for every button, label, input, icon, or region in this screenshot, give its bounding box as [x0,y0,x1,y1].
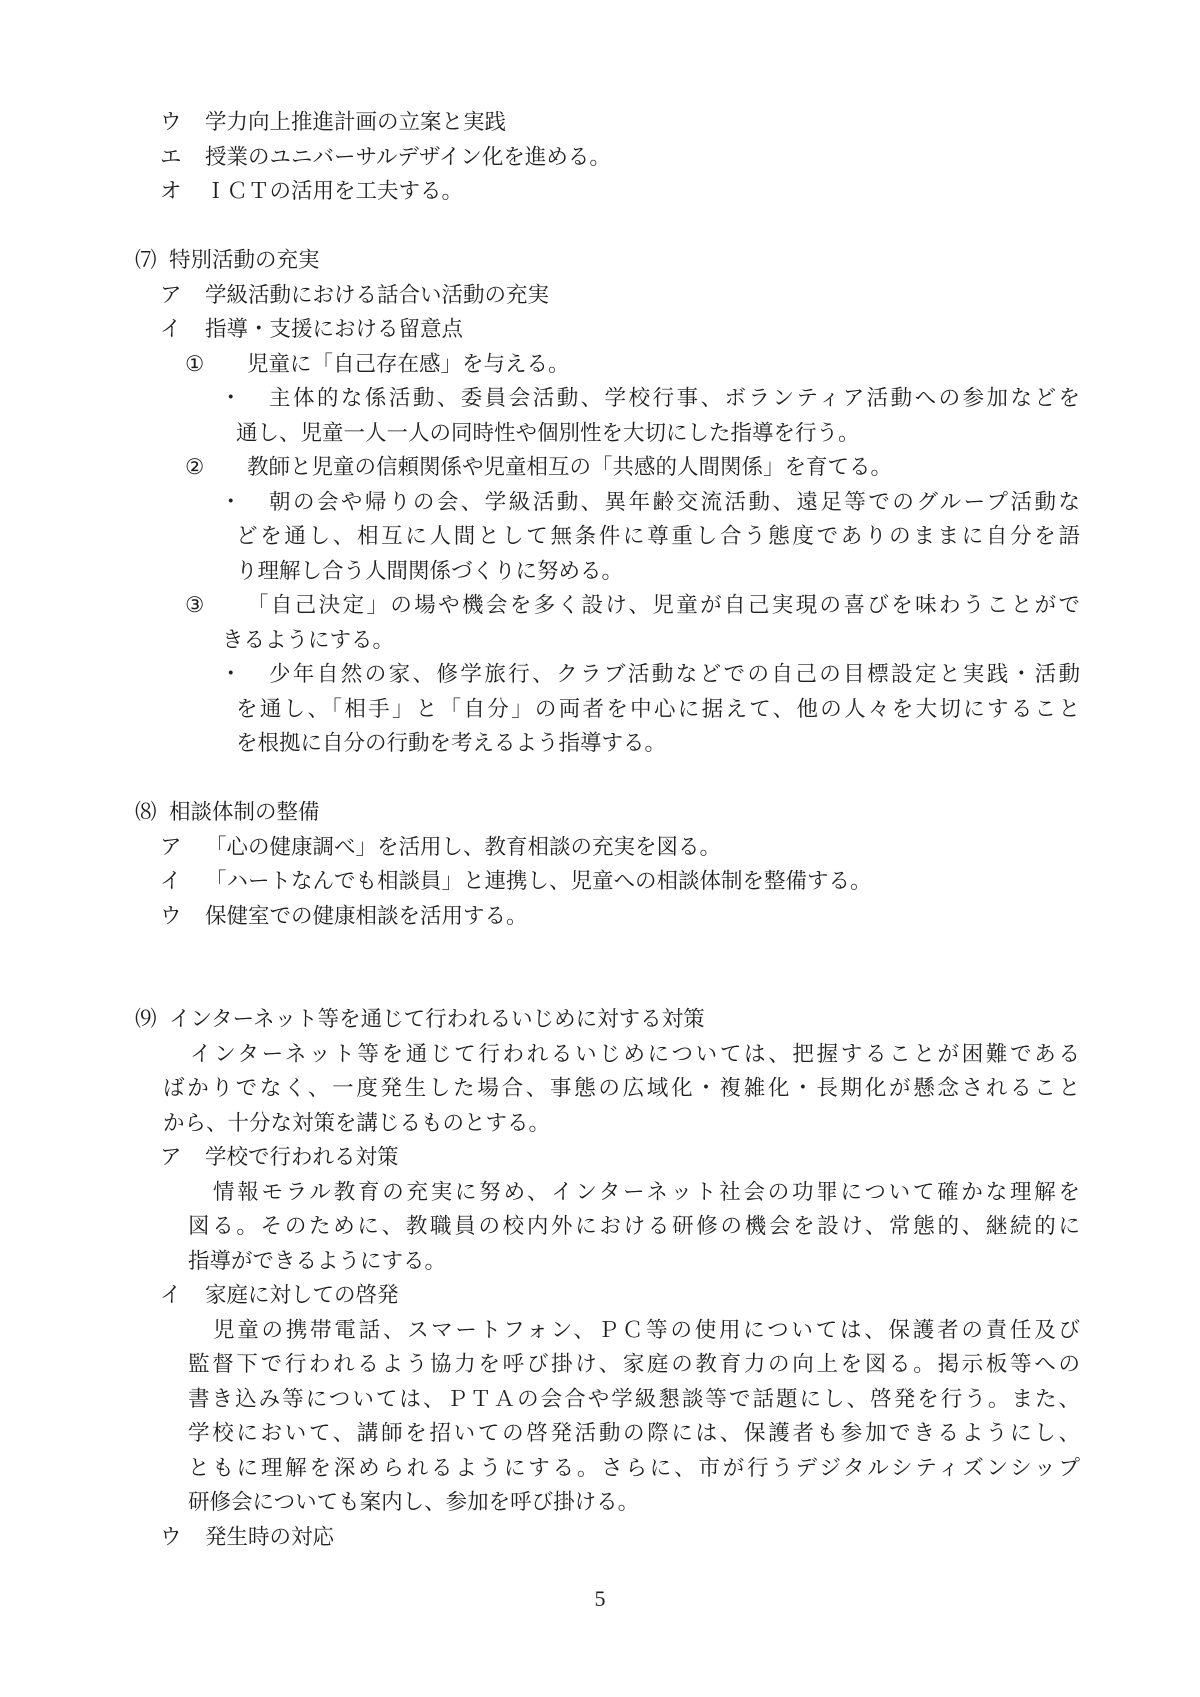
blank-line [0,933,1200,968]
list-marker: イ [160,312,205,347]
line-text: 通し、児童一人一人の同時性や個別性を大切にした指導を行う。 [236,416,860,451]
line-text: 書き込み等については、ＰＴＡの会合や学級懇談等で話題にし、啓発を行う。また、 [188,1382,1080,1417]
line-text: 発生時の対応 [205,1520,334,1555]
list-marker: ウ [160,1520,205,1555]
list-marker: ウ [160,899,205,934]
line-text: 児童に「自己存在感」を与える。 [247,347,570,382]
document-line: イ家庭に対しての啓発 [0,1278,1200,1313]
blank-line [0,968,1200,1003]
document-line: 書き込み等については、ＰＴＡの会合や学級懇談等で話題にし、啓発を行う。また、 [0,1382,1200,1417]
document-line: インターネット等を通じて行われるいじめについては、把握することが困難である [0,1037,1200,1072]
line-text: ＩＣＴの活用を工夫する。 [205,174,463,209]
line-text: ともに理解を深められるようにする。さらに、市が行うデジタルシティズンシップ [188,1451,1080,1486]
document-line: ・少年自然の家、修学旅行、クラブ活動などでの自己の目標設定と実践・活動 [0,657,1200,692]
line-text: 監督下で行われるよう協力を呼び掛け、家庭の教育力の向上を図る。掲示板等への [188,1347,1080,1382]
line-text: を通し、「相手」と「自分」の両者を中心に据えて、他の人々を大切にすること [236,692,1080,727]
document-line: どを通し、相互に人間として無条件に尊重し合う態度でありのままに自分を語 [0,519,1200,554]
line-text: 児童の携帯電話、スマートフォン、ＰＣ等の使用については、保護者の責任及び [213,1313,1080,1348]
document-line: 研修会についても案内し、参加を呼び掛ける。 [0,1485,1200,1520]
document-line: ア「心の健康調べ」を活用し、教育相談の充実を図る。 [0,830,1200,865]
list-marker: ・ [220,485,269,520]
document-line: ③「自己決定」の場や機会を多く設け、児童が自己実現の喜びを味わうことがで [0,588,1200,623]
blank-line [0,209,1200,244]
document-line: ⑺特別活動の充実 [0,243,1200,278]
line-text: 教師と児童の信頼関係や児童相互の「共感的人間関係」を育てる。 [247,450,892,485]
line-text: 朝の会や帰りの会、学級活動、異年齢交流活動、遠足等でのグループ活動な [269,485,1080,520]
document-line: ②教師と児童の信頼関係や児童相互の「共感的人間関係」を育てる。 [0,450,1200,485]
line-text: から、十分な対策を講じるものとする。 [163,1106,550,1141]
line-text: 授業のユニバーサルデザイン化を進める。 [205,140,611,175]
list-marker: ア [160,1140,205,1175]
line-text: 特別活動の充実 [169,243,320,278]
document-line: ・朝の会や帰りの会、学級活動、異年齢交流活動、遠足等でのグループ活動な [0,485,1200,520]
document-line: から、十分な対策を講じるものとする。 [0,1106,1200,1141]
document-line: ウ発生時の対応 [0,1520,1200,1555]
line-text: 主体的な係活動、委員会活動、学校行事、ボランティア活動への参加などを [269,381,1080,416]
line-text: 保健室での健康相談を活用する。 [205,899,528,934]
document-line: 通し、児童一人一人の同時性や個別性を大切にした指導を行う。 [0,416,1200,451]
document-line: ⑻相談体制の整備 [0,795,1200,830]
line-text: 「ハートなんでも相談員」と連携し、児童への相談体制を整備する。 [205,864,872,899]
document-page: ウ学力向上推進計画の立案と実践エ授業のユニバーサルデザイン化を進める。オＩＣＴの… [0,0,1200,1697]
document-line: ばかりでなく、一度発生した場合、事態の広域化・複雑化・長期化が懸念されること [0,1071,1200,1106]
line-text: 学校で行われる対策 [205,1140,399,1175]
list-marker: ア [160,830,205,865]
line-text: 学力向上推進計画の立案と実践 [205,105,506,140]
document-line: ともに理解を深められるようにする。さらに、市が行うデジタルシティズンシップ [0,1451,1200,1486]
document-line: 児童の携帯電話、スマートフォン、ＰＣ等の使用については、保護者の責任及び [0,1313,1200,1348]
document-body: ウ学力向上推進計画の立案と実践エ授業のユニバーサルデザイン化を進める。オＩＣＴの… [0,105,1200,1554]
line-text: きるようにする。 [222,623,394,658]
line-text: 情報モラル教育の充実に努め、インターネット社会の功罪について確かな理解を [213,1175,1080,1210]
line-text: 「自己決定」の場や機会を多く設け、児童が自己実現の喜びを味わうことがで [247,588,1080,623]
list-marker: ⑻ [135,795,169,830]
line-text: どを通し、相互に人間として無条件に尊重し合う態度でありのままに自分を語 [236,519,1080,554]
line-text: 指導ができるようにする。 [188,1244,446,1279]
document-line: ⑼インターネット等を通じて行われるいじめに対する対策 [0,1002,1200,1037]
document-line: きるようにする。 [0,623,1200,658]
document-line: エ授業のユニバーサルデザイン化を進める。 [0,140,1200,175]
list-marker: ・ [220,381,269,416]
line-text: インターネット等を通じて行われるいじめについては、把握することが困難である [190,1037,1080,1072]
line-text: 相談体制の整備 [169,795,320,830]
document-line: イ「ハートなんでも相談員」と連携し、児童への相談体制を整備する。 [0,864,1200,899]
list-marker: ③ [185,588,247,623]
document-line: り理解し合う人間関係づくりに努める。 [0,554,1200,589]
list-marker: ウ [160,105,205,140]
line-text: 研修会についても案内し、参加を呼び掛ける。 [188,1485,639,1520]
list-marker: エ [160,140,205,175]
line-text: 図る。そのために、教職員の校内外における研修の機会を設け、常態的、継続的に [188,1209,1080,1244]
list-marker: ア [160,278,205,313]
line-text: ばかりでなく、一度発生した場合、事態の広域化・複雑化・長期化が懸念されること [163,1071,1080,1106]
list-marker: ⑼ [135,1002,169,1037]
document-line: ウ学力向上推進計画の立案と実践 [0,105,1200,140]
list-marker: ① [185,347,247,382]
line-text: り理解し合う人間関係づくりに努める。 [236,554,623,589]
line-text: 学校において、講師を招いての啓発活動の際には、保護者も参加できるようにし、 [188,1416,1080,1451]
line-text: 学級活動における話合い活動の充実 [205,278,549,313]
document-line: を根拠に自分の行動を考えるよう指導する。 [0,726,1200,761]
document-line: ア学級活動における話合い活動の充実 [0,278,1200,313]
list-marker: ・ [220,657,269,692]
line-text: 指導・支援における留意点 [205,312,463,347]
document-line: ・主体的な係活動、委員会活動、学校行事、ボランティア活動への参加などを [0,381,1200,416]
page-number: 5 [0,1584,1200,1614]
document-line: ア学校で行われる対策 [0,1140,1200,1175]
line-text: インターネット等を通じて行われるいじめに対する対策 [169,1002,705,1037]
line-text: 少年自然の家、修学旅行、クラブ活動などでの自己の目標設定と実践・活動 [269,657,1080,692]
document-line: 学校において、講師を招いての啓発活動の際には、保護者も参加できるようにし、 [0,1416,1200,1451]
blank-line [0,761,1200,796]
list-marker: オ [160,174,205,209]
document-line: 情報モラル教育の充実に努め、インターネット社会の功罪について確かな理解を [0,1175,1200,1210]
document-line: 図る。そのために、教職員の校内外における研修の機会を設け、常態的、継続的に [0,1209,1200,1244]
document-line: を通し、「相手」と「自分」の両者を中心に据えて、他の人々を大切にすること [0,692,1200,727]
list-marker: イ [160,864,205,899]
document-line: 指導ができるようにする。 [0,1244,1200,1279]
document-line: イ指導・支援における留意点 [0,312,1200,347]
line-text: 「心の健康調べ」を活用し、教育相談の充実を図る。 [205,830,721,865]
document-line: ウ保健室での健康相談を活用する。 [0,899,1200,934]
document-line: ①児童に「自己存在感」を与える。 [0,347,1200,382]
list-marker: イ [160,1278,205,1313]
line-text: 家庭に対しての啓発 [205,1278,399,1313]
list-marker: ② [185,450,247,485]
document-line: オＩＣＴの活用を工夫する。 [0,174,1200,209]
line-text: を根拠に自分の行動を考えるよう指導する。 [236,726,666,761]
list-marker: ⑺ [135,243,169,278]
document-line: 監督下で行われるよう協力を呼び掛け、家庭の教育力の向上を図る。掲示板等への [0,1347,1200,1382]
